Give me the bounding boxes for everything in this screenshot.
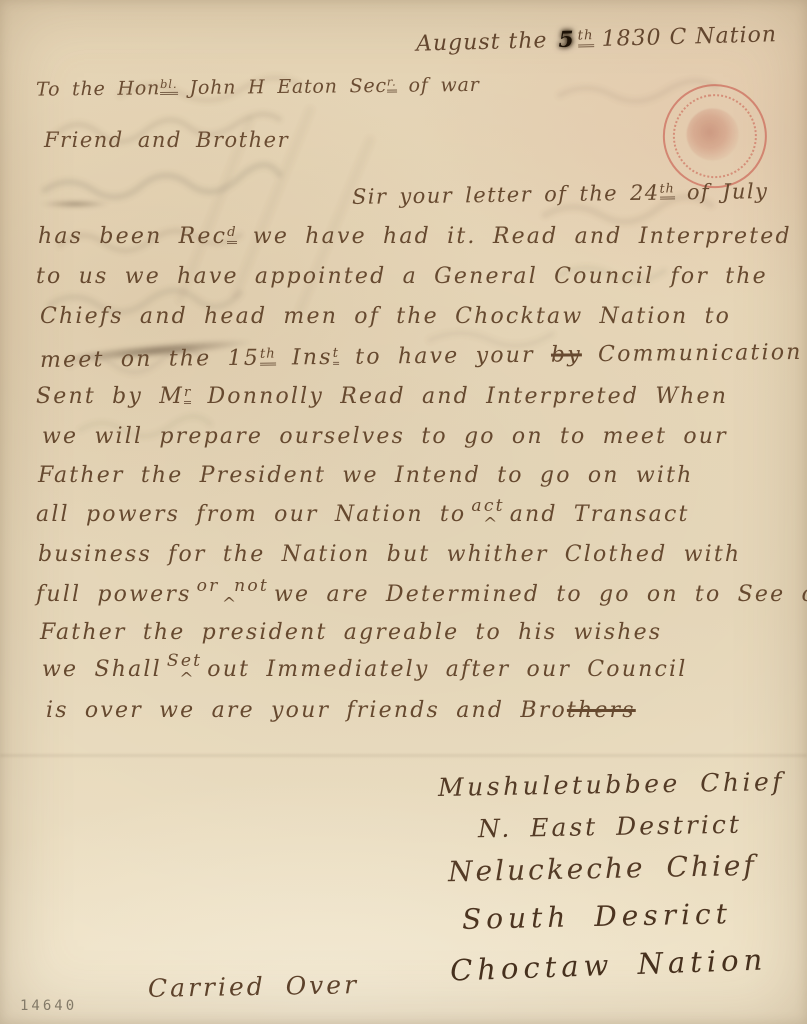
secretary-superscript: r. xyxy=(387,75,397,93)
body-seg: Ins xyxy=(276,345,333,371)
body-line-10: business for the Nation but whither Clot… xyxy=(38,542,741,567)
salutation: Friend and Brother xyxy=(44,128,289,152)
body-line-14: is over we are your friends and Brothers xyxy=(46,698,636,723)
recd-superscript: d xyxy=(227,225,236,244)
body-line-2: has been Recd we have had it. Read and I… xyxy=(38,224,792,249)
catalog-number: 14640 xyxy=(20,998,77,1014)
signature-mushuletubbee: Mushuletubbee Chief xyxy=(438,767,785,802)
body-seg: out Immediately after our Council xyxy=(207,657,687,682)
body-line-1: Sir your letter of the 24th of July xyxy=(352,179,769,209)
body-seg: Communication xyxy=(582,340,803,367)
body-seg: full powers xyxy=(36,582,192,607)
body-seg: to have your xyxy=(339,343,551,370)
body-line-4: Chiefs and head men of the Chocktaw Nati… xyxy=(40,304,731,329)
address-seg: To the Hon xyxy=(36,77,160,100)
body-line-9: all powers from our Nation toactand Tran… xyxy=(36,502,690,527)
blotted-day-numeral: 5 xyxy=(555,26,578,53)
carried-over-note: Carried Over xyxy=(148,970,360,1003)
inserted-word: Set xyxy=(167,651,202,671)
date-line: August the 5th 1830 C Nation xyxy=(416,21,778,56)
date-year-nation: 1830 C Nation xyxy=(593,22,777,52)
body-seg: is over we are your friends and Bro xyxy=(46,698,567,723)
body-seg: has been Rec xyxy=(38,224,227,249)
signature-neluckeche: Neluckeche Chief xyxy=(448,849,757,888)
body-line-13: we ShallSetout Immediately after our Cou… xyxy=(42,657,687,682)
body-line-6: Sent by Mr Donnolly Read and Interpreted… xyxy=(36,384,728,409)
signature-choctaw-nation: Choctaw Nation xyxy=(450,942,768,987)
ink-dash-smear xyxy=(40,200,110,208)
body-seg: and Transact xyxy=(510,502,690,527)
body-seg: Sent by M xyxy=(36,384,184,409)
body-line-8: Father the President we Intend to go on … xyxy=(38,463,694,488)
struck-word: by xyxy=(551,342,582,367)
address-line: To the Honbl. John H Eaton Secr. of war xyxy=(36,74,480,101)
honorific-superscript: bl. xyxy=(160,77,178,95)
body-line-7: we will prepare ourselves to go on to me… xyxy=(42,424,728,449)
body-line-11: full powersor notwe are Determined to go… xyxy=(36,582,807,607)
body-seg: Donnolly Read and Interpreted When xyxy=(191,384,728,409)
body-line-12: Father the president agreable to his wis… xyxy=(40,620,662,645)
date-text: August the xyxy=(416,28,556,57)
body-seg: we have had it. Read and Interpreted xyxy=(237,224,792,249)
inserted-word: act xyxy=(471,496,504,516)
body-seg: all powers from our Nation to xyxy=(36,502,466,527)
date-ordinal-suffix: th xyxy=(577,28,593,47)
body-seg: Sir your letter of the 24 xyxy=(352,181,660,209)
inserted-words: or not xyxy=(197,576,269,596)
body-line-3: to us we have appointed a General Counci… xyxy=(36,264,768,289)
struck-word-tail: thers xyxy=(567,698,636,723)
body-seg: we are Determined to go on to See our xyxy=(274,582,807,607)
address-seg: John H Eaton Sec xyxy=(178,75,388,99)
body-line-5: meet on the 15th Inst to have your by Co… xyxy=(40,340,803,373)
body-seg: meet on the 15 xyxy=(40,346,260,373)
ordinal-superscript: th xyxy=(659,180,674,199)
body-seg: of July xyxy=(675,179,769,204)
paper-crease xyxy=(0,754,807,757)
address-seg: of war xyxy=(397,74,480,97)
letter-page: August the 5th 1830 C Nation To the Honb… xyxy=(0,0,807,1024)
ordinal-superscript: th xyxy=(260,346,276,365)
body-seg: we Shall xyxy=(42,657,162,682)
signature-south-district: South Desrict xyxy=(462,897,733,936)
signature-ne-district: N. East Destrict xyxy=(478,810,742,844)
